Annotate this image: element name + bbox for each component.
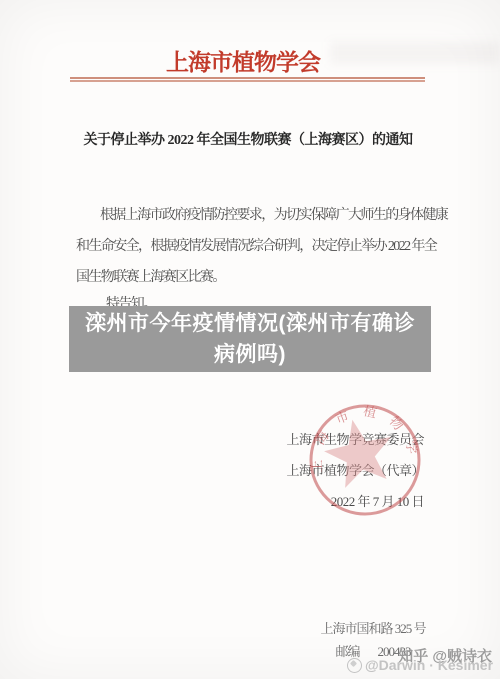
body-line-1: 根据上海市政府疫情防控要求，为切实保障广大师生的身体健康 <box>100 204 447 224</box>
signature-committee: 上海市生物学竞赛委员会 <box>286 429 424 448</box>
notice-document-page: 上海市植物学会 关于停止举办 2022 年全国生物联赛（上海赛区）的通知 根据上… <box>0 0 500 679</box>
watermark-pen-icon <box>347 658 362 673</box>
header-divider-line-top <box>70 77 425 79</box>
signature-date: 2022 年 7 月 10 日 <box>286 491 424 510</box>
secondary-watermark: @Darwin · Kesimer <box>347 657 493 673</box>
body-line-2: 和生命安全，根据疫情发展情况综合研判，决定停止举办 2022 年全 <box>76 235 436 255</box>
caption-line-1: 滦州市今年疫情情况(滦州市有确诊 <box>85 308 415 339</box>
signature-block: 上海市生物学竞赛委员会 上海市植物学会（代章） 2022 年 7 月 10 日 <box>286 429 424 510</box>
header-divider <box>70 77 425 82</box>
footer-address: 上海市国和路 325 号 <box>293 618 453 637</box>
caption-line-2: 病例吗) <box>214 339 286 370</box>
caption-overlay-bar: 滦州市今年疫情情况(滦州市有确诊 病例吗) <box>69 306 431 372</box>
header-divider-line-bottom <box>70 80 425 82</box>
secondary-watermark-text: @Darwin · Kesimer <box>365 657 493 673</box>
body-line-3: 国生物联赛上海赛区比赛。 <box>76 266 225 286</box>
organization-title: 上海市植物学会 <box>0 44 486 77</box>
signature-society: 上海市植物学会（代章） <box>286 460 424 479</box>
notice-title: 关于停止举办 2022 年全国生物联赛（上海赛区）的通知 <box>0 129 496 149</box>
